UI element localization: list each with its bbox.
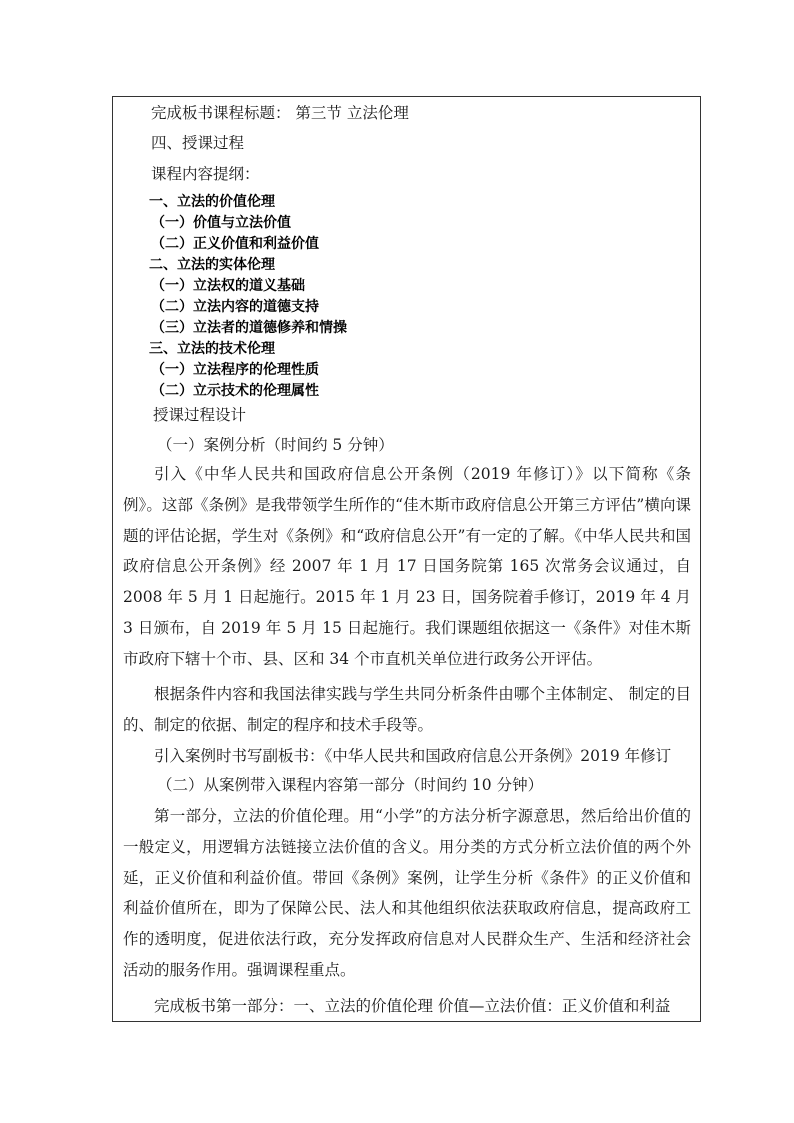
lesson-plan-table-cell: 完成板书课程标题： 第三节 立法伦理 四、授课过程 课程内容提纲： 一、立法的价… xyxy=(112,96,701,1022)
outline-label: 课程内容提纲： xyxy=(151,164,260,184)
board-title-line: 完成板书课程标题： 第三节 立法伦理 xyxy=(151,103,409,123)
outline-item: （二）立示技术的伦理属性 xyxy=(151,381,319,401)
outline-item: 一、立法的价值伦理 xyxy=(149,192,275,212)
section-heading: 四、授课过程 xyxy=(151,133,244,153)
outline-item: （二）正义价值和利益价值 xyxy=(151,234,319,254)
paragraph-sub-board: 引入案例时书写副板书：《中华人民共和国政府信息公开条例》2019 年修订 xyxy=(123,741,691,772)
paragraph-board-part-one: 完成板书第一部分：一、立法的价值伦理 价值—立法价值：正义价值和利益 xyxy=(123,991,691,1022)
paragraph-case-intro: 引入《中华人民共和国政府信息公开条例（2019 年修订）》以下简称《条例》。这部… xyxy=(123,459,691,675)
outline-item: 三、立法的技术伦理 xyxy=(149,339,275,359)
step2-heading: （二）从案例带入课程内容第一部分（时间约 10 分钟） xyxy=(157,775,543,795)
paragraph-analysis: 根据条件内容和我国法律实践与学生共同分析条件由哪个主体制定、 制定的目的、制定的… xyxy=(123,679,691,741)
step1-heading: （一）案例分析（时间约 5 分钟） xyxy=(157,435,394,455)
outline-item: （一）立法权的道义基础 xyxy=(151,276,305,296)
paragraph-part-one: 第一部分，立法的价值伦理。用“小学”的方法分析字源意思，然后给出价值的一般定义，… xyxy=(123,801,691,986)
outline-item: （二）立法内容的道德支持 xyxy=(151,297,319,317)
outline-item: 二、立法的实体伦理 xyxy=(149,255,275,275)
outline-item: （一）价值与立法价值 xyxy=(151,213,291,233)
design-label: 授课过程设计 xyxy=(153,405,246,425)
outline-item: （一）立法程序的伦理性质 xyxy=(151,360,319,380)
outline-item: （三）立法者的道德修养和情操 xyxy=(151,318,347,338)
